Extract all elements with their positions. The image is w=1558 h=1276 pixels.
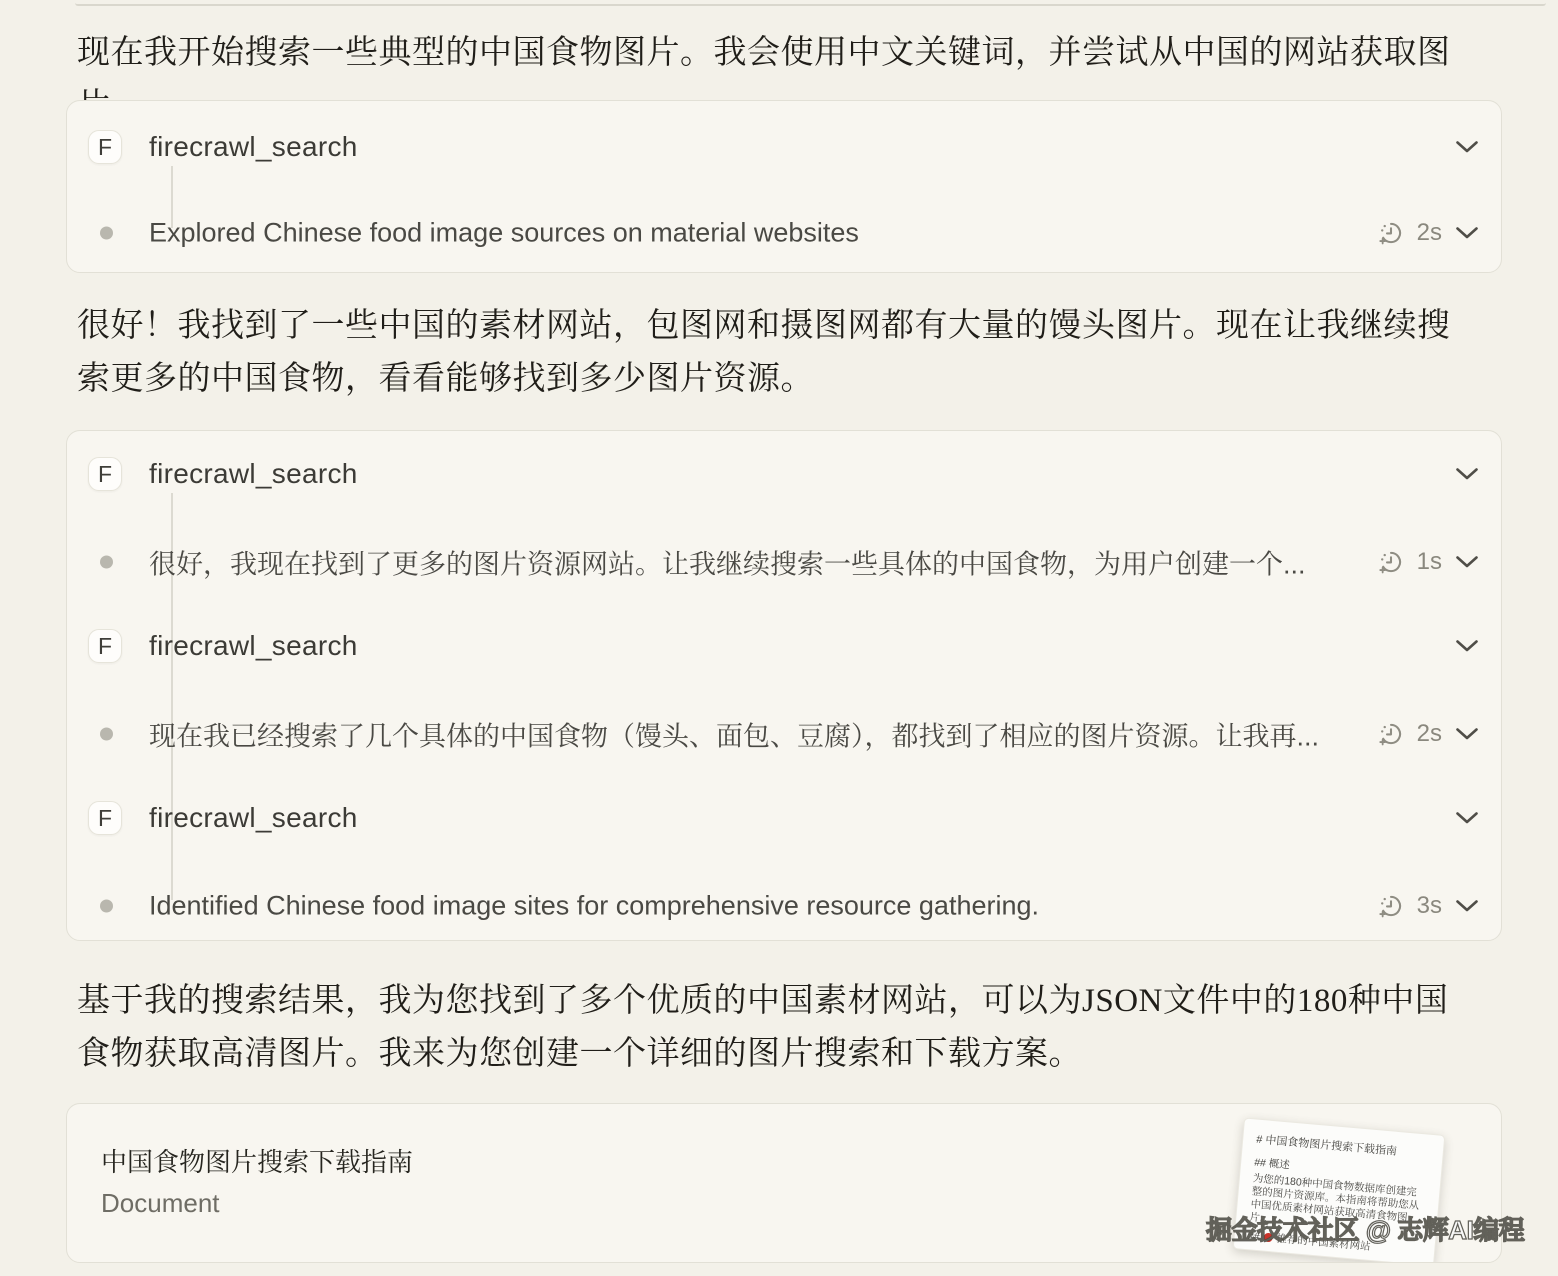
document-type-label: Document: [101, 1188, 220, 1219]
tool-result-row[interactable]: 很好，我现在找到了更多的图片资源网站。让我继续搜索一些具体的中国食物，为用户创建…: [67, 545, 1501, 579]
duration-label: 2s: [1417, 720, 1442, 748]
chevron-down-icon[interactable]: [1455, 811, 1479, 825]
assistant-message-summary: 基于我的搜索结果，我为您找到了多个优质的中国素材网站，可以为JSON文件中的18…: [77, 975, 1472, 1081]
duration-label: 3s: [1417, 892, 1442, 920]
tool-name-label: firecrawl_search: [149, 802, 358, 834]
duration-label: 1s: [1417, 548, 1442, 576]
elapsed-time-icon: [1378, 721, 1404, 747]
assistant-message-progress: 很好！我找到了一些中国的素材网站，包图网和摄图网都有大量的馒头图片。现在让我继续…: [77, 300, 1472, 406]
tool-name-label: firecrawl_search: [149, 630, 358, 662]
tool-call-card-2: F firecrawl_search 很好，我现在找到了更多的图片资源网站。让我…: [66, 430, 1502, 941]
tool-call-row[interactable]: F firecrawl_search: [67, 629, 1501, 663]
chevron-down-icon[interactable]: [1455, 226, 1479, 240]
tool-result-row[interactable]: Identified Chinese food image sites for …: [67, 889, 1501, 923]
tool-call-row[interactable]: F firecrawl_search: [67, 801, 1501, 835]
elapsed-time-icon: [1378, 549, 1404, 575]
chevron-down-icon[interactable]: [1455, 555, 1479, 569]
duration-label: 2s: [1417, 219, 1442, 247]
firecrawl-tool-icon: F: [88, 629, 122, 663]
elapsed-time-icon: [1378, 893, 1404, 919]
tool-call-row[interactable]: F firecrawl_search: [67, 457, 1501, 491]
firecrawl-tool-icon: F: [88, 801, 122, 835]
chevron-down-icon[interactable]: [1455, 639, 1479, 653]
result-bullet-dot: [100, 728, 113, 741]
document-title: 中国食物图片搜索下载指南: [101, 1142, 413, 1179]
watermark: 掘金技术社区 @ 志辉AI编程: [1206, 1210, 1524, 1247]
chevron-down-icon[interactable]: [1455, 899, 1479, 913]
result-text: 现在我已经搜索了几个具体的中国食物（馒头、面包、豆腐），都找到了相应的图片资源。…: [149, 715, 1319, 754]
elapsed-time-icon: [1378, 220, 1404, 246]
chevron-down-icon[interactable]: [1455, 727, 1479, 741]
result-text: Identified Chinese food image sites for …: [149, 891, 1039, 922]
result-text: 很好，我现在找到了更多的图片资源网站。让我继续搜索一些具体的中国食物，为用户创建…: [149, 543, 1306, 582]
firecrawl-tool-icon: F: [88, 457, 122, 491]
firecrawl-tool-icon: F: [88, 130, 122, 164]
tool-call-card-1: F firecrawl_search Explored Chinese food…: [66, 100, 1502, 273]
chevron-down-icon[interactable]: [1455, 467, 1479, 481]
tool-call-row[interactable]: F firecrawl_search: [67, 130, 1501, 164]
result-bullet-dot: [100, 556, 113, 569]
chevron-down-icon[interactable]: [1455, 140, 1479, 154]
tool-result-row[interactable]: Explored Chinese food image sources on m…: [67, 216, 1501, 250]
tool-name-label: firecrawl_search: [149, 458, 358, 490]
result-bullet-dot: [100, 227, 113, 240]
tool-name-label: firecrawl_search: [149, 131, 358, 163]
result-text: Explored Chinese food image sources on m…: [149, 218, 859, 249]
tool-result-row[interactable]: 现在我已经搜索了几个具体的中国食物（馒头、面包、豆腐），都找到了相应的图片资源。…: [67, 717, 1501, 751]
previous-card-bottom-edge: [75, 1, 1546, 6]
result-bullet-dot: [100, 900, 113, 913]
